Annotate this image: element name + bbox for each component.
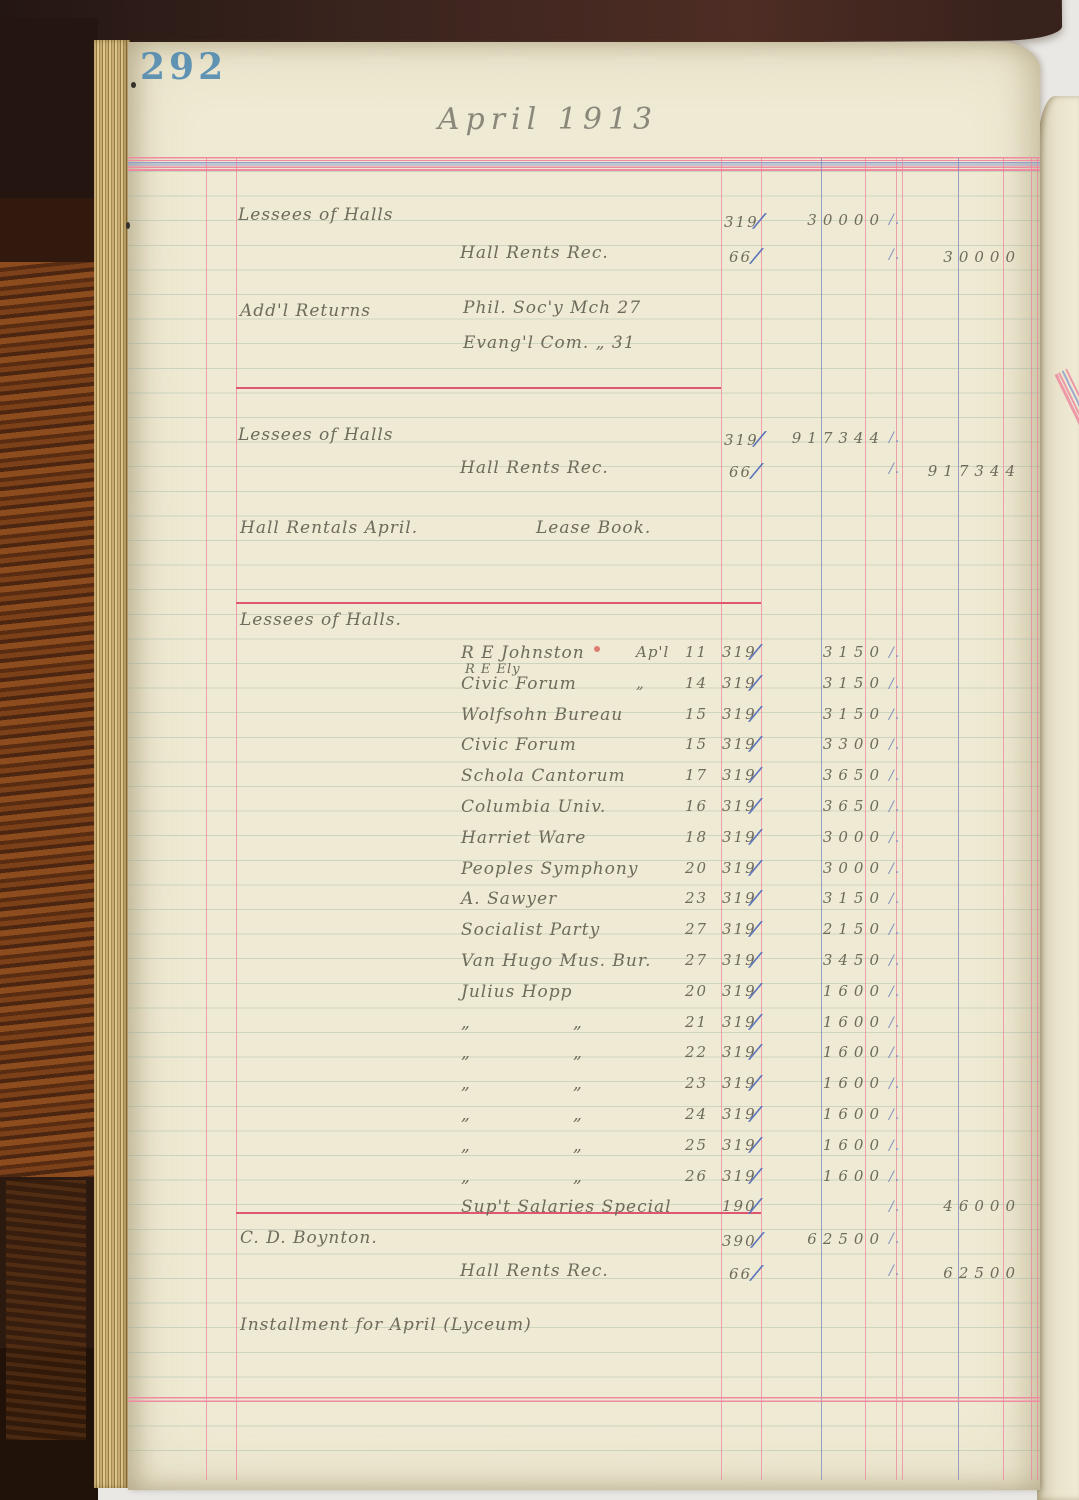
entry1-credit-amount: 30000	[923, 248, 1021, 266]
book-marbled-edge-lower	[6, 1180, 86, 1440]
entry2-memo-left: Hall Rentals April.	[240, 518, 418, 538]
posting-tick-icon: /.	[889, 1138, 900, 1154]
ledger-row: „ „ 26 319 / 1600 /.	[128, 1167, 1040, 1197]
ledger-row: R E Johnston R E Ely Ap'l 11 319 / 3150 …	[128, 643, 1040, 673]
ledger-row: Harriet Ware 18 319 / 3000 /.	[128, 828, 1040, 858]
posting-tick-icon: /.	[889, 430, 900, 446]
next-page-sliver	[1037, 96, 1079, 1500]
entry1-credit-account: Hall Rents Rec.	[460, 243, 609, 263]
ledger-row: Columbia Univ. 16 319 / 3650 /.	[128, 797, 1040, 827]
posting-tick-icon: /.	[889, 1263, 900, 1279]
ledger-row: Van Hugo Mus. Bur. 27 319 / 3450 /.	[128, 951, 1040, 981]
entry-divider-2	[236, 602, 761, 604]
ledger-row: Civic Forum „ 14 319 / 3150 /.	[128, 674, 1040, 704]
ledger-row: Sup't Salaries Special 190 / /. 46000	[128, 1197, 1040, 1227]
entry4-debit-amount: 62500	[773, 1230, 885, 1248]
entry2-debit-amount: 917344	[773, 429, 885, 447]
posting-tick-icon: /.	[889, 768, 900, 784]
ledger-row: Socialist Party 27 319 / 2150 /.	[128, 920, 1040, 950]
posting-tick-icon: /.	[889, 799, 900, 815]
posting-tick-icon: /.	[889, 953, 900, 969]
posting-tick-icon: /.	[889, 1076, 900, 1092]
ledger-row: Wolfsohn Bureau 15 319 / 3150 /.	[128, 705, 1040, 735]
posting-tick-icon: /.	[889, 922, 900, 938]
entry1-debit-account: Lessees of Halls	[238, 205, 394, 225]
entry1-debit-amount: 30000	[773, 211, 885, 229]
posting-tick-icon: /.	[889, 461, 900, 477]
entry2-credit-account: Hall Rents Rec.	[460, 458, 609, 478]
page-number-stamp: 292	[140, 46, 227, 88]
entry2-memo-right: Lease Book.	[536, 518, 651, 538]
page-heading: April 1913	[408, 102, 688, 137]
posting-tick-icon: /.	[889, 1045, 900, 1061]
posting-tick-icon: /.	[889, 984, 900, 1000]
entry4-debit-account: C. D. Boynton.	[240, 1228, 378, 1248]
entry2-debit-account: Lessees of Halls	[238, 425, 394, 445]
posting-tick-icon: /.	[889, 830, 900, 846]
page-edges-gilt	[94, 40, 130, 1488]
posting-tick-icon: /.	[889, 212, 900, 228]
posting-tick-icon: /.	[889, 707, 900, 723]
posting-tick-icon: /.	[889, 1169, 900, 1185]
posting-tick-icon: /.	[889, 1107, 900, 1123]
posting-tick-icon: /.	[889, 1199, 900, 1215]
book-cover-top	[0, 0, 1062, 48]
entry1-credit-folio: 66	[729, 248, 752, 266]
posting-tick-icon: /.	[889, 891, 900, 907]
entry2-credit-amount: 917344	[923, 462, 1021, 480]
entry1-memo-label: Add'l Returns	[240, 301, 371, 321]
entry4-credit-folio: 66	[729, 1265, 752, 1283]
entry1-memo-line1: Phil. Soc'y Mch 27	[463, 298, 641, 318]
ledger-photo: 292 April 1913 Lessees of Halls 319 / 30…	[0, 0, 1079, 1500]
entry3-heading: Lessees of Halls.	[240, 610, 402, 630]
posting-tick-icon: /.	[889, 1015, 900, 1031]
entry4-credit-amount: 62500	[923, 1264, 1021, 1282]
posting-tick-icon: /.	[889, 676, 900, 692]
ledger-row: Peoples Symphony 20 319 / 3000 /.	[128, 859, 1040, 889]
entry-divider-1	[236, 387, 721, 389]
ledger-row: Civic Forum 15 319 / 3300 /.	[128, 735, 1040, 765]
ledger-row: „ „ 21 319 / 1600 /.	[128, 1013, 1040, 1043]
entry4-memo: Installment for April (Lyceum)	[240, 1315, 532, 1335]
ink-speck	[126, 222, 130, 229]
posting-tick-icon: /.	[889, 247, 900, 263]
footer-rule-band	[128, 1397, 1040, 1402]
ledger-row: Julius Hopp 20 319 / 1600 /.	[128, 982, 1040, 1012]
posting-tick-icon: /.	[889, 645, 900, 661]
posting-tick-icon: /.	[889, 737, 900, 753]
posting-tick-icon: /.	[889, 861, 900, 877]
ledger-row: A. Sawyer 23 319 / 3150 /.	[128, 889, 1040, 919]
entry4-credit-account: Hall Rents Rec.	[460, 1261, 609, 1281]
book-marbled-edge	[0, 262, 94, 1177]
ledger-row: „ „ 24 319 / 1600 /.	[128, 1105, 1040, 1135]
ink-speck	[131, 82, 136, 88]
ledger-row: „ „ 25 319 / 1600 /.	[128, 1136, 1040, 1166]
ledger-row: „ „ 22 319 / 1600 /.	[128, 1043, 1040, 1073]
entry1-memo-line2: Evang'l Com. „ 31	[463, 333, 636, 353]
ledger-row: Schola Cantorum 17 319 / 3650 /.	[128, 766, 1040, 796]
ledger-page: 292 April 1913 Lessees of Halls 319 / 30…	[128, 42, 1040, 1490]
entry2-credit-folio: 66	[729, 463, 752, 481]
posting-tick-icon: /.	[889, 1231, 900, 1247]
ledger-row: „ „ 23 319 / 1600 /.	[128, 1074, 1040, 1104]
